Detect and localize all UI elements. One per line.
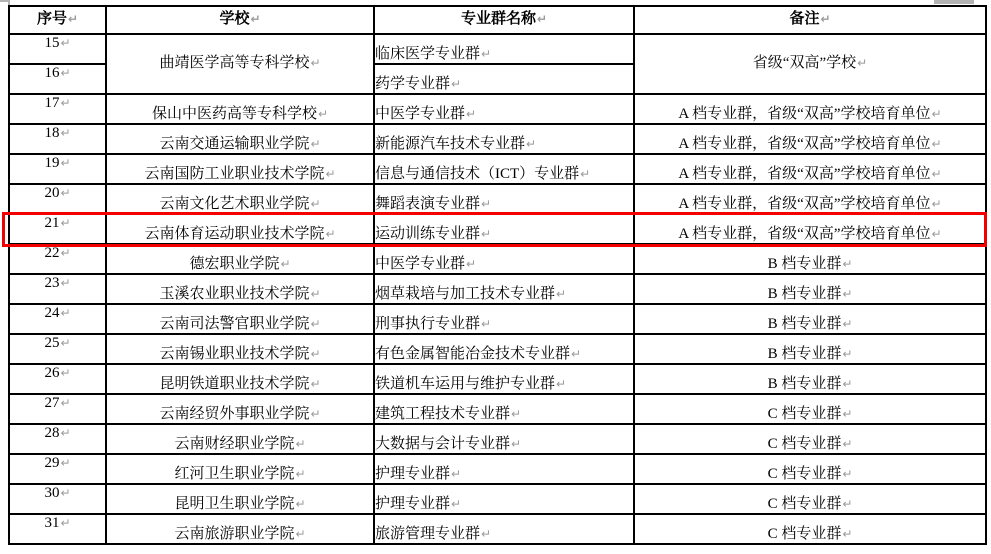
remark-cell[interactable]: C 档专业群↵ xyxy=(634,424,986,454)
cell-end-mark: ↵ xyxy=(60,366,70,380)
group-cell-label: 有色金属智能冶金技术专业群 xyxy=(375,346,570,362)
cell-end-mark: ↵ xyxy=(842,287,852,301)
remark-cell[interactable]: A 档专业群，省级“双高”学校培育单位↵ xyxy=(634,94,986,124)
school-cell[interactable]: 保山中医药高等专科学校↵ xyxy=(106,94,374,124)
remark-cell[interactable]: A 档专业群，省级“双高”学校培育单位↵ xyxy=(634,184,986,214)
cell-end-mark: ↵ xyxy=(466,107,476,121)
cell-end-mark: ↵ xyxy=(60,426,70,440)
cell-end-mark: ↵ xyxy=(280,257,290,271)
group-cell-label: 信息与通信技术（ICT）专业群 xyxy=(375,166,579,182)
cell-end-mark: ↵ xyxy=(310,197,320,211)
school-professional-groups-table: 序号↵学校↵专业群名称↵备注↵ 15↵曲靖医学高等专科学校↵临床医学专业群↵省级… xyxy=(8,5,987,545)
cell-end-mark: ↵ xyxy=(451,467,461,481)
row-number-cell-label: 29 xyxy=(44,455,59,471)
cell-end-mark: ↵ xyxy=(295,467,305,481)
group-cell-label: 药学专业群 xyxy=(375,76,450,92)
school-cell[interactable]: 云南财经职业学院↵ xyxy=(106,424,374,454)
school-cell-label: 玉溪农业职业技术学院 xyxy=(159,286,309,302)
crop-artifact-top-right xyxy=(934,0,974,4)
cell-end-mark: ↵ xyxy=(857,56,867,70)
group-cell[interactable]: 临床医学专业群↵ xyxy=(374,34,634,64)
table-row: 23↵玉溪农业职业技术学院↵烟草栽培与加工技术专业群↵B 档专业群↵ xyxy=(9,274,986,304)
table-row: 29↵红河卫生职业学院↵护理专业群↵C 档专业群↵ xyxy=(9,454,986,484)
row-number-cell-label: 20 xyxy=(44,185,59,201)
cell-end-mark: ↵ xyxy=(526,137,536,151)
header-cell-2[interactable]: 专业群名称↵ xyxy=(374,6,634,34)
row-number-cell[interactable]: 21↵ xyxy=(9,214,106,244)
cell-end-mark: ↵ xyxy=(295,497,305,511)
row-number-cell-label: 19 xyxy=(44,155,59,171)
school-cell[interactable]: 昆明卫生职业学院↵ xyxy=(106,484,374,514)
school-cell[interactable]: 云南体育运动职业技术学院↵ xyxy=(106,214,374,244)
remark-cell-label: 省级“双高”学校 xyxy=(753,55,856,71)
table-row: 26↵昆明铁道职业技术学院↵铁道机车运用与维护专业群↵B 档专业群↵ xyxy=(9,364,986,394)
cell-end-mark: ↵ xyxy=(310,56,320,70)
school-cell-label: 保山中医药高等专科学校 xyxy=(152,106,317,122)
table-row: 17↵保山中医药高等专科学校↵中医学专业群↵A 档专业群，省级“双高”学校培育单… xyxy=(9,94,986,124)
cell-end-mark: ↵ xyxy=(842,317,852,331)
school-cell-label: 云南国防工业职业技术学院 xyxy=(144,166,324,182)
group-cell-label: 中医学专业群 xyxy=(375,106,465,122)
school-cell-label: 昆明卫生职业学院 xyxy=(174,496,294,512)
group-cell-label: 建筑工程技术专业群 xyxy=(375,406,510,422)
cell-end-mark: ↵ xyxy=(310,287,320,301)
group-cell-label: 中医学专业群 xyxy=(375,256,465,272)
cell-end-mark: ↵ xyxy=(295,437,305,451)
school-cell-label: 红河卫生职业学院 xyxy=(174,466,294,482)
cell-end-mark: ↵ xyxy=(842,467,852,481)
school-cell-label: 云南财经职业学院 xyxy=(174,436,294,452)
cell-end-mark: ↵ xyxy=(932,197,942,211)
school-cell[interactable]: 昆明铁道职业技术学院↵ xyxy=(106,364,374,394)
header-cell-2-label: 专业群名称 xyxy=(461,11,536,27)
cell-end-mark: ↵ xyxy=(295,527,305,541)
table-row-highlighted: 21↵云南体育运动职业技术学院↵运动训练专业群↵A 档专业群，省级“双高”学校培… xyxy=(9,214,986,244)
remark-cell[interactable]: 省级“双高”学校↵ xyxy=(634,34,986,94)
remark-cell-label: C 档专业群 xyxy=(768,466,842,482)
header-cell-1-label: 学校 xyxy=(219,11,249,27)
remark-cell-label: C 档专业群 xyxy=(768,436,842,452)
school-cell-label: 云南文化艺术职业学院 xyxy=(159,196,309,212)
group-cell[interactable]: 大数据与会计专业群↵ xyxy=(374,424,634,454)
cell-end-mark: ↵ xyxy=(60,516,70,530)
school-cell-label: 云南交通运输职业学院 xyxy=(159,136,309,152)
group-cell[interactable]: 烟草栽培与加工技术专业群↵ xyxy=(374,274,634,304)
remark-cell-label: C 档专业群 xyxy=(768,496,842,512)
cell-end-mark: ↵ xyxy=(511,437,521,451)
cell-end-mark: ↵ xyxy=(60,156,70,170)
group-cell[interactable]: 刑事执行专业群↵ xyxy=(374,304,634,334)
cell-end-mark: ↵ xyxy=(60,36,70,50)
cell-end-mark: ↵ xyxy=(451,497,461,511)
cell-end-mark: ↵ xyxy=(571,347,581,361)
row-number-cell[interactable]: 18↵ xyxy=(9,124,106,154)
remark-cell-label: A 档专业群，省级“双高”学校培育单位 xyxy=(678,136,930,152)
remark-cell[interactable]: A 档专业群，省级“双高”学校培育单位↵ xyxy=(634,154,986,184)
remark-cell[interactable]: C 档专业群↵ xyxy=(634,484,986,514)
cell-end-mark: ↵ xyxy=(932,137,942,151)
row-number-cell-label: 23 xyxy=(44,275,59,291)
school-cell[interactable]: 云南旅游职业学院↵ xyxy=(106,514,374,544)
cell-end-mark: ↵ xyxy=(60,96,70,110)
group-cell[interactable]: 中医学专业群↵ xyxy=(374,244,634,274)
cell-end-mark: ↵ xyxy=(932,227,942,241)
school-cell-label: 云南经贸外事职业学院 xyxy=(159,406,309,422)
table-row: 27↵云南经贸外事职业学院↵建筑工程技术专业群↵C 档专业群↵ xyxy=(9,394,986,424)
row-number-cell-label: 21 xyxy=(44,215,59,231)
row-number-cell[interactable]: 23↵ xyxy=(9,274,106,304)
row-number-cell[interactable]: 19↵ xyxy=(9,154,106,184)
remark-cell[interactable]: B 档专业群↵ xyxy=(634,334,986,364)
cell-end-mark: ↵ xyxy=(68,12,78,26)
group-cell[interactable]: 有色金属智能冶金技术专业群↵ xyxy=(374,334,634,364)
cell-end-mark: ↵ xyxy=(60,306,70,320)
cell-end-mark: ↵ xyxy=(250,12,260,26)
cell-end-mark: ↵ xyxy=(932,107,942,121)
cell-end-mark: ↵ xyxy=(842,377,852,391)
school-cell-label: 德宏职业学院 xyxy=(189,256,279,272)
group-cell-label: 烟草栽培与加工技术专业群 xyxy=(375,286,555,302)
group-cell-label: 新能源汽车技术专业群 xyxy=(375,136,525,152)
cell-end-mark: ↵ xyxy=(842,497,852,511)
table-row: 22↵德宏职业学院↵中医学专业群↵B 档专业群↵ xyxy=(9,244,986,274)
cell-end-mark: ↵ xyxy=(60,336,70,350)
remark-cell-label: A 档专业群，省级“双高”学校培育单位 xyxy=(678,196,930,212)
cell-end-mark: ↵ xyxy=(842,257,852,271)
remark-cell[interactable]: B 档专业群↵ xyxy=(634,364,986,394)
school-cell[interactable]: 德宏职业学院↵ xyxy=(106,244,374,274)
group-cell[interactable]: 旅游管理专业群↵ xyxy=(374,514,634,544)
cell-end-mark: ↵ xyxy=(842,527,852,541)
cell-end-mark: ↵ xyxy=(60,486,70,500)
group-cell[interactable]: 新能源汽车技术专业群↵ xyxy=(374,124,634,154)
group-cell-label: 临床医学专业群 xyxy=(375,46,480,62)
cell-end-mark: ↵ xyxy=(466,257,476,271)
header-cell-1[interactable]: 学校↵ xyxy=(106,6,374,34)
school-cell-label: 云南司法警官职业学院 xyxy=(159,316,309,332)
cell-end-mark: ↵ xyxy=(60,216,70,230)
cell-end-mark: ↵ xyxy=(481,197,491,211)
row-number-cell-label: 16 xyxy=(44,65,59,81)
cell-end-mark: ↵ xyxy=(451,77,461,91)
cell-end-mark: ↵ xyxy=(310,407,320,421)
group-cell[interactable]: 药学专业群↵ xyxy=(374,64,634,94)
group-cell-label: 护理专业群 xyxy=(375,496,450,512)
cell-end-mark: ↵ xyxy=(60,186,70,200)
remark-cell-label: A 档专业群，省级“双高”学校培育单位 xyxy=(678,226,930,242)
row-number-cell[interactable]: 17↵ xyxy=(9,94,106,124)
cell-end-mark: ↵ xyxy=(511,407,521,421)
remark-cell-label: B 档专业群 xyxy=(768,316,842,332)
table-row: 15↵曲靖医学高等专科学校↵临床医学专业群↵省级“双高”学校↵ xyxy=(9,34,986,64)
remark-cell-label: A 档专业群，省级“双高”学校培育单位 xyxy=(678,106,930,122)
table-body: 15↵曲靖医学高等专科学校↵临床医学专业群↵省级“双高”学校↵16↵药学专业群↵… xyxy=(9,34,986,544)
header-cell-3-label: 备注 xyxy=(789,11,819,27)
school-cell[interactable]: 云南文化艺术职业学院↵ xyxy=(106,184,374,214)
header-cell-3[interactable]: 备注↵ xyxy=(634,6,986,34)
remark-cell-label: B 档专业群 xyxy=(768,256,842,272)
school-cell[interactable]: 云南经贸外事职业学院↵ xyxy=(106,394,374,424)
row-number-cell[interactable]: 15↵ xyxy=(9,34,106,64)
cell-end-mark: ↵ xyxy=(537,12,547,26)
cell-end-mark: ↵ xyxy=(310,347,320,361)
row-number-cell[interactable]: 31↵ xyxy=(9,514,106,544)
row-number-cell[interactable]: 24↵ xyxy=(9,304,106,334)
table-row: 18↵云南交通运输职业学院↵新能源汽车技术专业群↵A 档专业群，省级“双高”学校… xyxy=(9,124,986,154)
remark-cell[interactable]: C 档专业群↵ xyxy=(634,514,986,544)
remark-cell[interactable]: C 档专业群↵ xyxy=(634,394,986,424)
cell-end-mark: ↵ xyxy=(556,287,566,301)
table-row: 19↵云南国防工业职业技术学院↵信息与通信技术（ICT）专业群↵A 档专业群，省… xyxy=(9,154,986,184)
cell-end-mark: ↵ xyxy=(60,66,70,80)
remark-cell[interactable]: B 档专业群↵ xyxy=(634,244,986,274)
remark-cell-label: B 档专业群 xyxy=(768,376,842,392)
table-row: 28↵云南财经职业学院↵大数据与会计专业群↵C 档专业群↵ xyxy=(9,424,986,454)
cell-end-mark: ↵ xyxy=(580,167,590,181)
row-number-cell[interactable]: 22↵ xyxy=(9,244,106,274)
group-cell-label: 刑事执行专业群 xyxy=(375,316,480,332)
group-cell[interactable]: 中医学专业群↵ xyxy=(374,94,634,124)
cell-end-mark: ↵ xyxy=(310,377,320,391)
header-cell-0[interactable]: 序号↵ xyxy=(9,6,106,34)
school-cell-label: 昆明铁道职业技术学院 xyxy=(159,376,309,392)
school-cell-label: 云南锡业职业技术学院 xyxy=(159,346,309,362)
cell-end-mark: ↵ xyxy=(60,276,70,290)
school-cell[interactable]: 云南司法警官职业学院↵ xyxy=(106,304,374,334)
group-cell-label: 大数据与会计专业群 xyxy=(375,436,510,452)
row-number-cell-label: 15 xyxy=(44,35,59,51)
school-cell[interactable]: 玉溪农业职业技术学院↵ xyxy=(106,274,374,304)
school-cell-label: 云南旅游职业学院 xyxy=(174,526,294,542)
school-cell-label: 曲靖医学高等专科学校 xyxy=(159,55,309,71)
remark-cell[interactable]: B 档专业群↵ xyxy=(634,304,986,334)
remark-cell-label: B 档专业群 xyxy=(768,346,842,362)
row-number-cell-label: 31 xyxy=(44,515,59,531)
row-number-cell-label: 17 xyxy=(44,95,59,111)
remark-cell-label: C 档专业群 xyxy=(768,526,842,542)
row-number-cell-label: 26 xyxy=(44,365,59,381)
cell-end-mark: ↵ xyxy=(556,377,566,391)
table-row: 20↵云南文化艺术职业学院↵舞蹈表演专业群↵A 档专业群，省级“双高”学校培育单… xyxy=(9,184,986,214)
cell-end-mark: ↵ xyxy=(820,12,830,26)
header-row: 序号↵学校↵专业群名称↵备注↵ xyxy=(9,6,986,34)
remark-cell[interactable]: A 档专业群，省级“双高”学校培育单位↵ xyxy=(634,124,986,154)
row-number-cell-label: 24 xyxy=(44,305,59,321)
row-number-cell-label: 27 xyxy=(44,395,59,411)
row-number-cell-label: 28 xyxy=(44,425,59,441)
group-cell-label: 旅游管理专业群 xyxy=(375,526,480,542)
group-cell[interactable]: 信息与通信技术（ICT）专业群↵ xyxy=(374,154,634,184)
remark-cell-label: B 档专业群 xyxy=(768,286,842,302)
cell-end-mark: ↵ xyxy=(60,126,70,140)
cell-end-mark: ↵ xyxy=(842,437,852,451)
school-cell[interactable]: 红河卫生职业学院↵ xyxy=(106,454,374,484)
group-cell-label: 运动训练专业群 xyxy=(375,226,480,242)
cell-end-mark: ↵ xyxy=(932,167,942,181)
cell-end-mark: ↵ xyxy=(318,107,328,121)
cell-end-mark: ↵ xyxy=(481,527,491,541)
group-cell[interactable]: 建筑工程技术专业群↵ xyxy=(374,394,634,424)
remark-cell-label: C 档专业群 xyxy=(768,406,842,422)
row-number-cell-label: 25 xyxy=(44,335,59,351)
row-number-cell-label: 22 xyxy=(44,245,59,261)
cell-end-mark: ↵ xyxy=(481,317,491,331)
row-number-cell[interactable]: 20↵ xyxy=(9,184,106,214)
school-cell[interactable]: 云南国防工业职业技术学院↵ xyxy=(106,154,374,184)
group-cell[interactable]: 护理专业群↵ xyxy=(374,454,634,484)
group-cell[interactable]: 舞蹈表演专业群↵ xyxy=(374,184,634,214)
group-cell[interactable]: 运动训练专业群↵ xyxy=(374,214,634,244)
group-cell-label: 舞蹈表演专业群 xyxy=(375,196,480,212)
remark-cell-label: A 档专业群，省级“双高”学校培育单位 xyxy=(678,166,930,182)
remark-cell[interactable]: C 档专业群↵ xyxy=(634,454,986,484)
header-cell-0-label: 序号 xyxy=(37,11,67,27)
group-cell[interactable]: 铁道机车运用与维护专业群↵ xyxy=(374,364,634,394)
school-cell[interactable]: 云南交通运输职业学院↵ xyxy=(106,124,374,154)
cell-end-mark: ↵ xyxy=(325,227,335,241)
cell-end-mark: ↵ xyxy=(60,456,70,470)
cell-end-mark: ↵ xyxy=(60,246,70,260)
cell-end-mark: ↵ xyxy=(60,396,70,410)
school-cell-label: 云南体育运动职业技术学院 xyxy=(144,226,324,242)
cell-end-mark: ↵ xyxy=(481,47,491,61)
table-row: 30↵昆明卫生职业学院↵护理专业群↵C 档专业群↵ xyxy=(9,484,986,514)
group-cell-label: 护理专业群 xyxy=(375,466,450,482)
school-cell[interactable]: 曲靖医学高等专科学校↵ xyxy=(106,34,374,94)
remark-cell[interactable]: A 档专业群，省级“双高”学校培育单位↵ xyxy=(634,214,986,244)
cell-end-mark: ↵ xyxy=(325,167,335,181)
row-number-cell[interactable]: 16↵ xyxy=(9,64,106,94)
remark-cell[interactable]: B 档专业群↵ xyxy=(634,274,986,304)
row-number-cell[interactable]: 26↵ xyxy=(9,364,106,394)
row-number-cell-label: 30 xyxy=(44,485,59,501)
row-number-cell-label: 18 xyxy=(44,125,59,141)
table-row: 25↵云南锡业职业技术学院↵有色金属智能冶金技术专业群↵B 档专业群↵ xyxy=(9,334,986,364)
cell-end-mark: ↵ xyxy=(310,137,320,151)
table-row: 31↵云南旅游职业学院↵旅游管理专业群↵C 档专业群↵ xyxy=(9,514,986,544)
row-number-cell[interactable]: 25↵ xyxy=(9,334,106,364)
group-cell-label: 铁道机车运用与维护专业群 xyxy=(375,376,555,392)
cell-end-mark: ↵ xyxy=(310,317,320,331)
school-cell[interactable]: 云南锡业职业技术学院↵ xyxy=(106,334,374,364)
row-number-cell[interactable]: 30↵ xyxy=(9,484,106,514)
group-cell[interactable]: 护理专业群↵ xyxy=(374,484,634,514)
cell-end-mark: ↵ xyxy=(481,227,491,241)
row-number-cell[interactable]: 28↵ xyxy=(9,424,106,454)
table-row: 24↵云南司法警官职业学院↵刑事执行专业群↵B 档专业群↵ xyxy=(9,304,986,334)
cell-end-mark: ↵ xyxy=(842,347,852,361)
cell-end-mark: ↵ xyxy=(842,407,852,421)
row-number-cell[interactable]: 29↵ xyxy=(9,454,106,484)
row-number-cell[interactable]: 27↵ xyxy=(9,394,106,424)
